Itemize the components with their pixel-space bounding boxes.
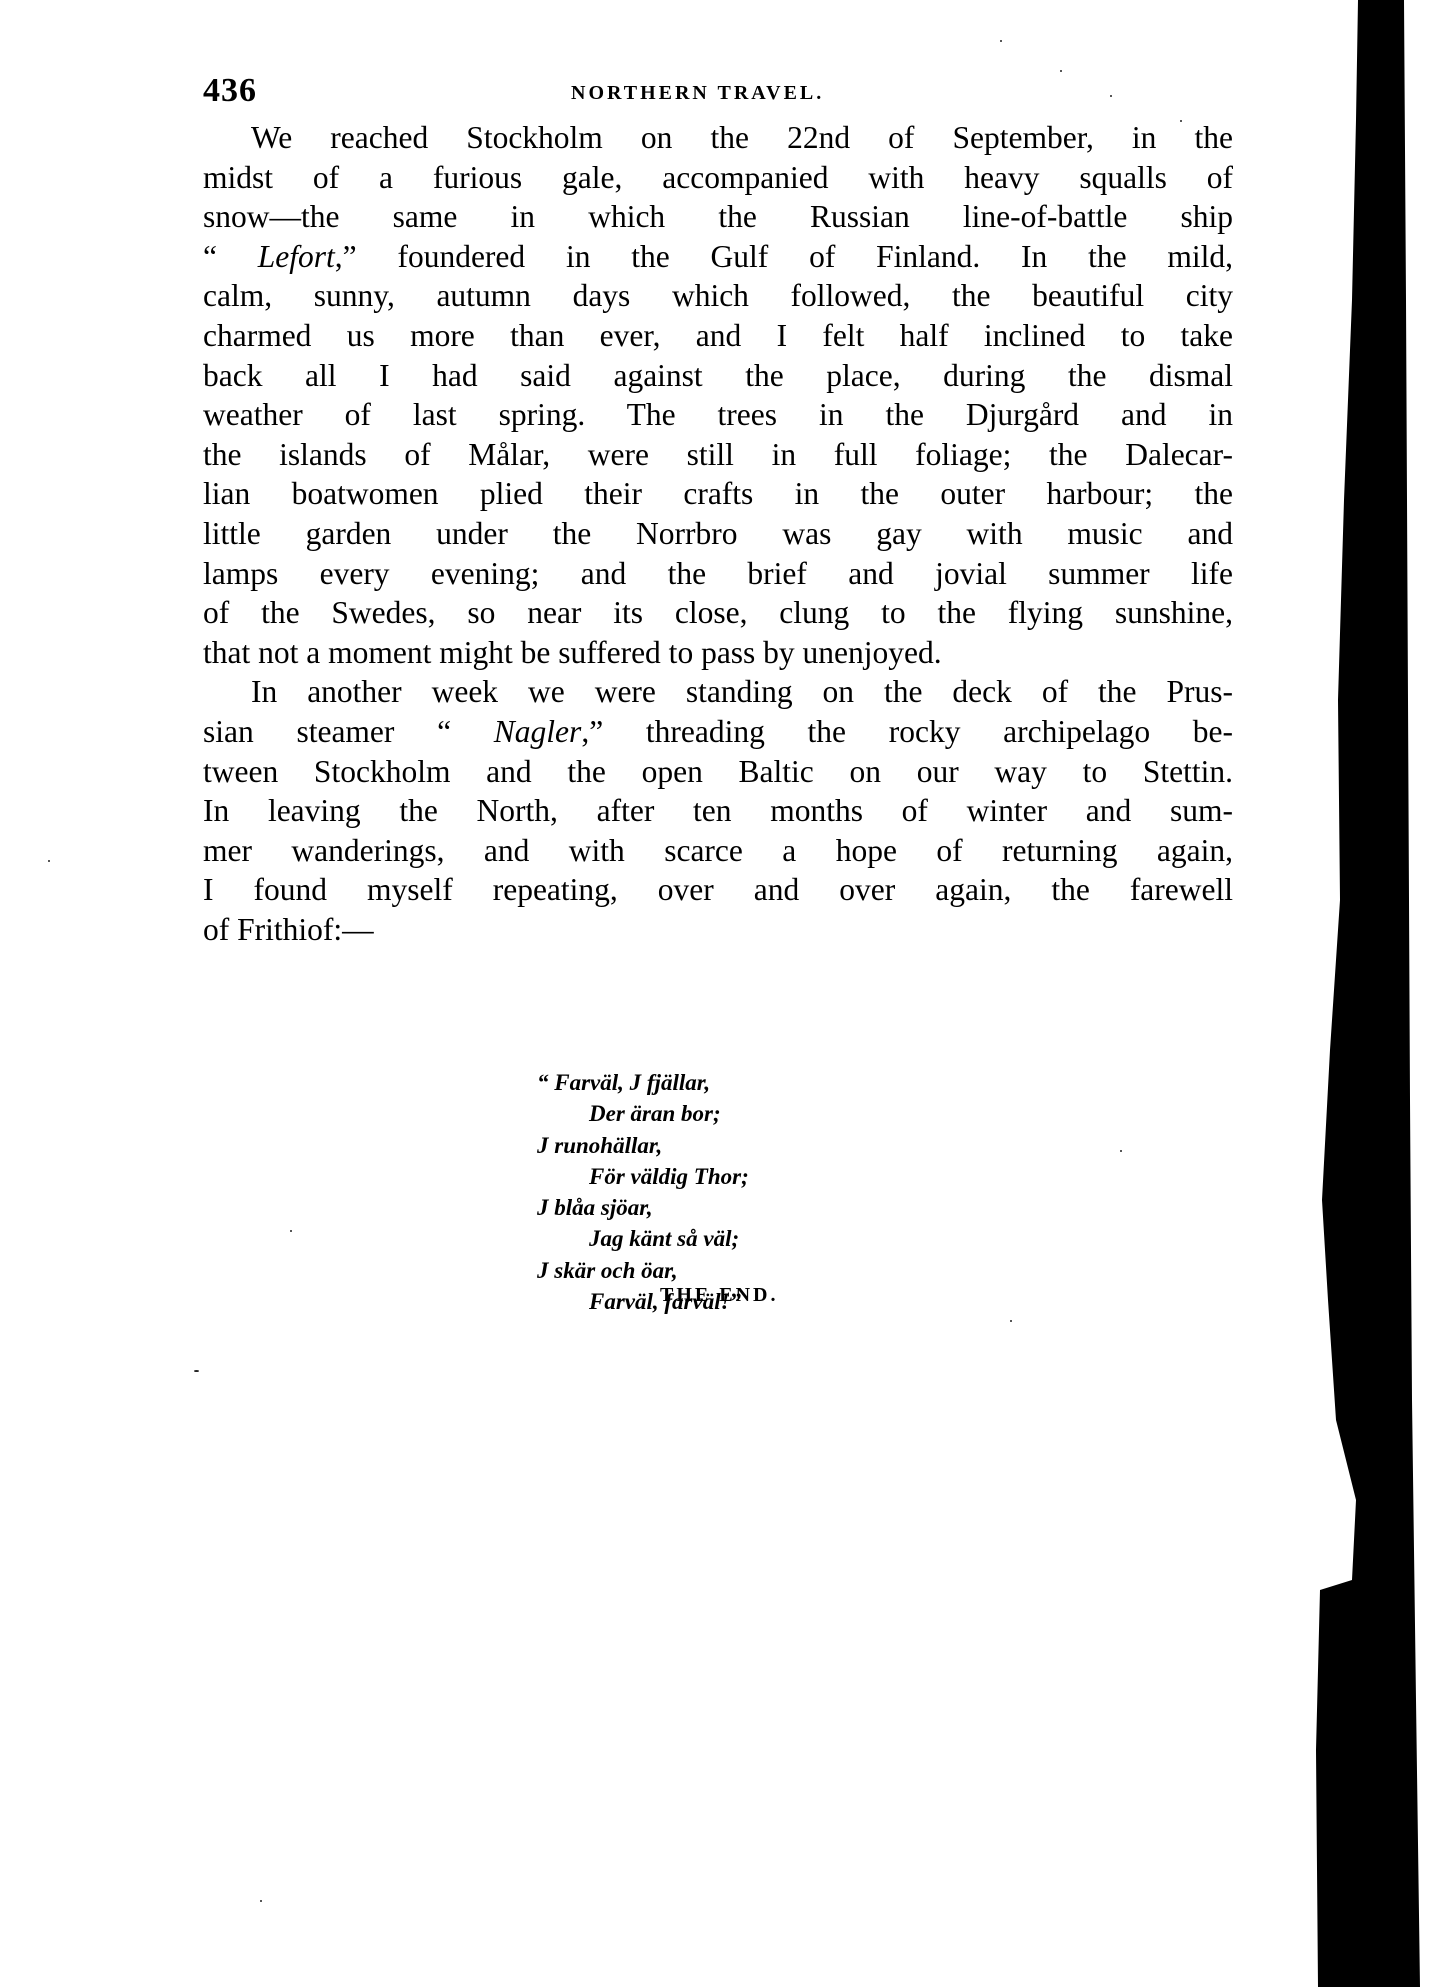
text-line: back all I had said against the place, d… xyxy=(203,356,1233,396)
text-line: charmed us more than ever, and I felt ha… xyxy=(203,316,1233,356)
text-line: calm, sunny, autumn days which followed,… xyxy=(203,276,1233,316)
text-line: little garden under the Norrbro was gay … xyxy=(203,514,1233,554)
text-line: tween Stockholm and the open Baltic on o… xyxy=(203,752,1233,792)
binding-edge-shadow xyxy=(1300,0,1431,1987)
poem-line: För väldig Thor; xyxy=(537,1161,957,1192)
scan-speck xyxy=(290,1230,292,1232)
text-line: of Frithiof:— xyxy=(203,910,1233,950)
poem-line: J skär och öar, xyxy=(537,1255,957,1286)
poem-line: J runohällar, xyxy=(537,1130,957,1161)
running-title: NORTHERN TRAVEL. xyxy=(571,82,824,105)
text-line: In leaving the North, after ten months o… xyxy=(203,791,1233,831)
text-line: snow—the same in which the Russian line-… xyxy=(203,197,1233,237)
text-line: In another week we were standing on the … xyxy=(203,672,1233,712)
scan-speck xyxy=(1010,1320,1012,1322)
text-line: I found myself repeating, over and over … xyxy=(203,870,1233,910)
scan-speck xyxy=(1060,70,1062,72)
scan-speck xyxy=(1120,1150,1122,1152)
scan-speck xyxy=(1180,120,1182,122)
scan-speck xyxy=(1000,40,1002,42)
text-line: lamps every evening; and the brief and j… xyxy=(203,554,1233,594)
scan-speck xyxy=(48,860,50,862)
scan-speck xyxy=(1110,95,1112,97)
text-line: midst of a furious gale, accompanied wit… xyxy=(203,158,1233,198)
running-head: 436 NORTHERN TRAVEL. xyxy=(203,72,1233,112)
text-line: “ Lefort,” foundered in the Gulf of Finl… xyxy=(203,237,1233,277)
text-line: weather of last spring. The trees in the… xyxy=(203,395,1233,435)
poem-line: Der äran bor; xyxy=(537,1098,957,1129)
poem-line: “ Farväl, J fjällar, xyxy=(537,1067,957,1098)
poem-line: Jag känt så väl; xyxy=(537,1223,957,1254)
poem-line: J blåa sjöar, xyxy=(537,1192,957,1223)
text-line: sian steamer “ Nagler,” threading the ro… xyxy=(203,712,1233,752)
text-line: lian boatwomen plied their crafts in the… xyxy=(203,474,1233,514)
body-text: We reached Stockholm on the 22nd of Sept… xyxy=(203,118,1233,949)
ship-name: Lefort xyxy=(258,239,335,274)
ship-name: Nagler xyxy=(494,714,582,749)
poem-frithiof-farewell: “ Farväl, J fjällar, Der äran bor; J run… xyxy=(537,1067,957,1317)
page-number: 436 xyxy=(203,72,257,110)
text-line: mer wanderings, and with scarce a hope o… xyxy=(203,831,1233,871)
text-line: We reached Stockholm on the 22nd of Sept… xyxy=(203,118,1233,158)
text-line: of the Swedes, so near its close, clung … xyxy=(203,593,1233,633)
scan-speck xyxy=(260,1900,262,1902)
scan-speck xyxy=(194,1370,199,1372)
text-line: the islands of Målar, were still in full… xyxy=(203,435,1233,475)
the-end-label: THE END. xyxy=(660,1284,778,1307)
text-line: that not a moment might be suffered to p… xyxy=(203,633,1233,673)
scanned-book-page: 436 NORTHERN TRAVEL. We reached Stockhol… xyxy=(0,0,1431,1987)
